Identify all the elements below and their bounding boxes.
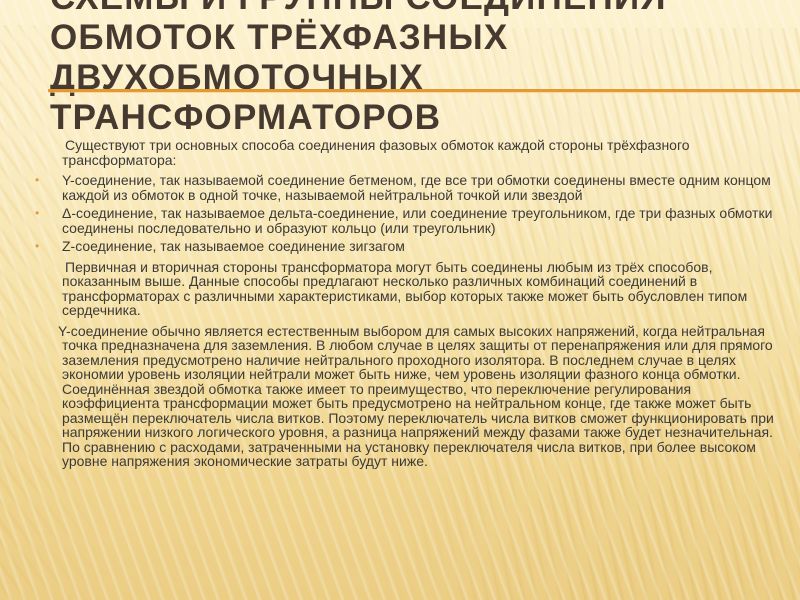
bullet-icon: • [35, 173, 39, 188]
title-line: обмоток трёхфазных [50, 18, 770, 58]
bullet-item: • Y-соединение, так называемой соединени… [62, 173, 782, 202]
title-line: Схемы и группы соединения [50, 0, 770, 18]
bullet-text: Δ-соединение, так называемое дельта-соед… [62, 205, 772, 236]
paragraph-connections: Первичная и вторичная стороны трансформа… [62, 260, 782, 318]
accent-divider [48, 89, 800, 92]
intro-text: Существуют три основных способа соединен… [62, 138, 782, 167]
title-line: двухобмоточных [50, 58, 770, 98]
title-line: трансформаторов [50, 98, 770, 138]
bullet-text: Y-соединение, так называемой соединение … [62, 172, 771, 203]
bullet-text: Z-соединение, так называемое соединение … [62, 238, 405, 254]
paragraph-y-connection: Y-соединение обычно является естественны… [62, 324, 782, 469]
bullet-item: • Δ-соединение, так называемое дельта-со… [62, 206, 782, 235]
bullet-icon: • [35, 206, 39, 221]
bullet-item: • Z-соединение, так называемое соединени… [62, 239, 782, 254]
bullet-icon: • [35, 239, 39, 254]
slide-title: Схемы и группы соединения обмоток трёхфа… [50, 0, 770, 138]
slide-body: Существуют три основных способа соединен… [62, 138, 782, 475]
